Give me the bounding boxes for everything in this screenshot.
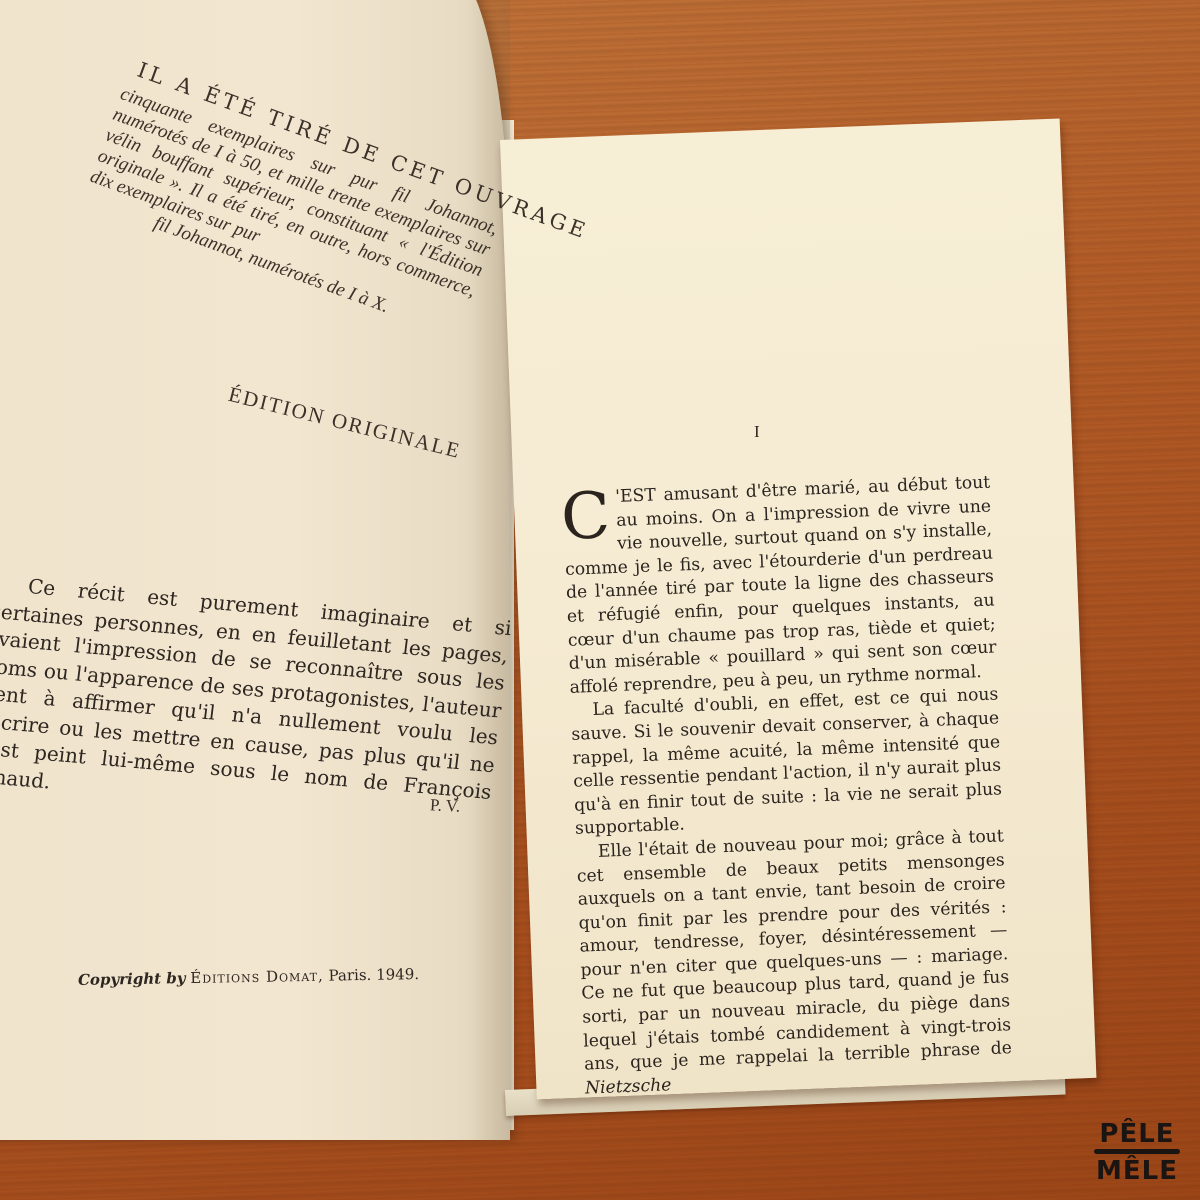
drop-cap: C xyxy=(560,490,611,544)
logo-line-1: PÊLE xyxy=(1094,1120,1180,1148)
paragraph-3-text: Elle l'était de nouveau pour moi; grâce … xyxy=(577,826,1013,1075)
italic-name: Nietzsche xyxy=(585,1075,672,1098)
paragraph-1: C 'EST amusant d'être marié, au début to… xyxy=(562,472,998,701)
logo-line-2: MÊLE xyxy=(1094,1157,1180,1185)
paragraph-2: La faculté d'oubli, en effet, est ce qui… xyxy=(570,684,1003,842)
copyright-publisher: Éditions Domat, xyxy=(190,967,324,987)
disclaimer: Ce récit est purement imaginaire et si c… xyxy=(0,570,513,834)
logo-divider xyxy=(1094,1149,1180,1154)
disclaimer-text: Ce récit est purement imaginaire et si c… xyxy=(0,570,513,834)
pele-mele-logo: PÊLE MÊLE xyxy=(1094,1120,1180,1185)
signature-initials: P. V. xyxy=(429,795,460,817)
copyright-prefix: Copyright by xyxy=(78,969,186,989)
chapter-number: I xyxy=(754,422,760,442)
paragraph-3: Elle l'était de nouveau pour moi; grâce … xyxy=(576,825,1014,1101)
copyright-suffix: Paris. 1949. xyxy=(328,965,419,985)
chapter-body: C 'EST amusant d'être marié, au début to… xyxy=(562,472,1013,1101)
paragraph-1-text: 'EST amusant d'être marié, au début tout… xyxy=(565,473,997,698)
